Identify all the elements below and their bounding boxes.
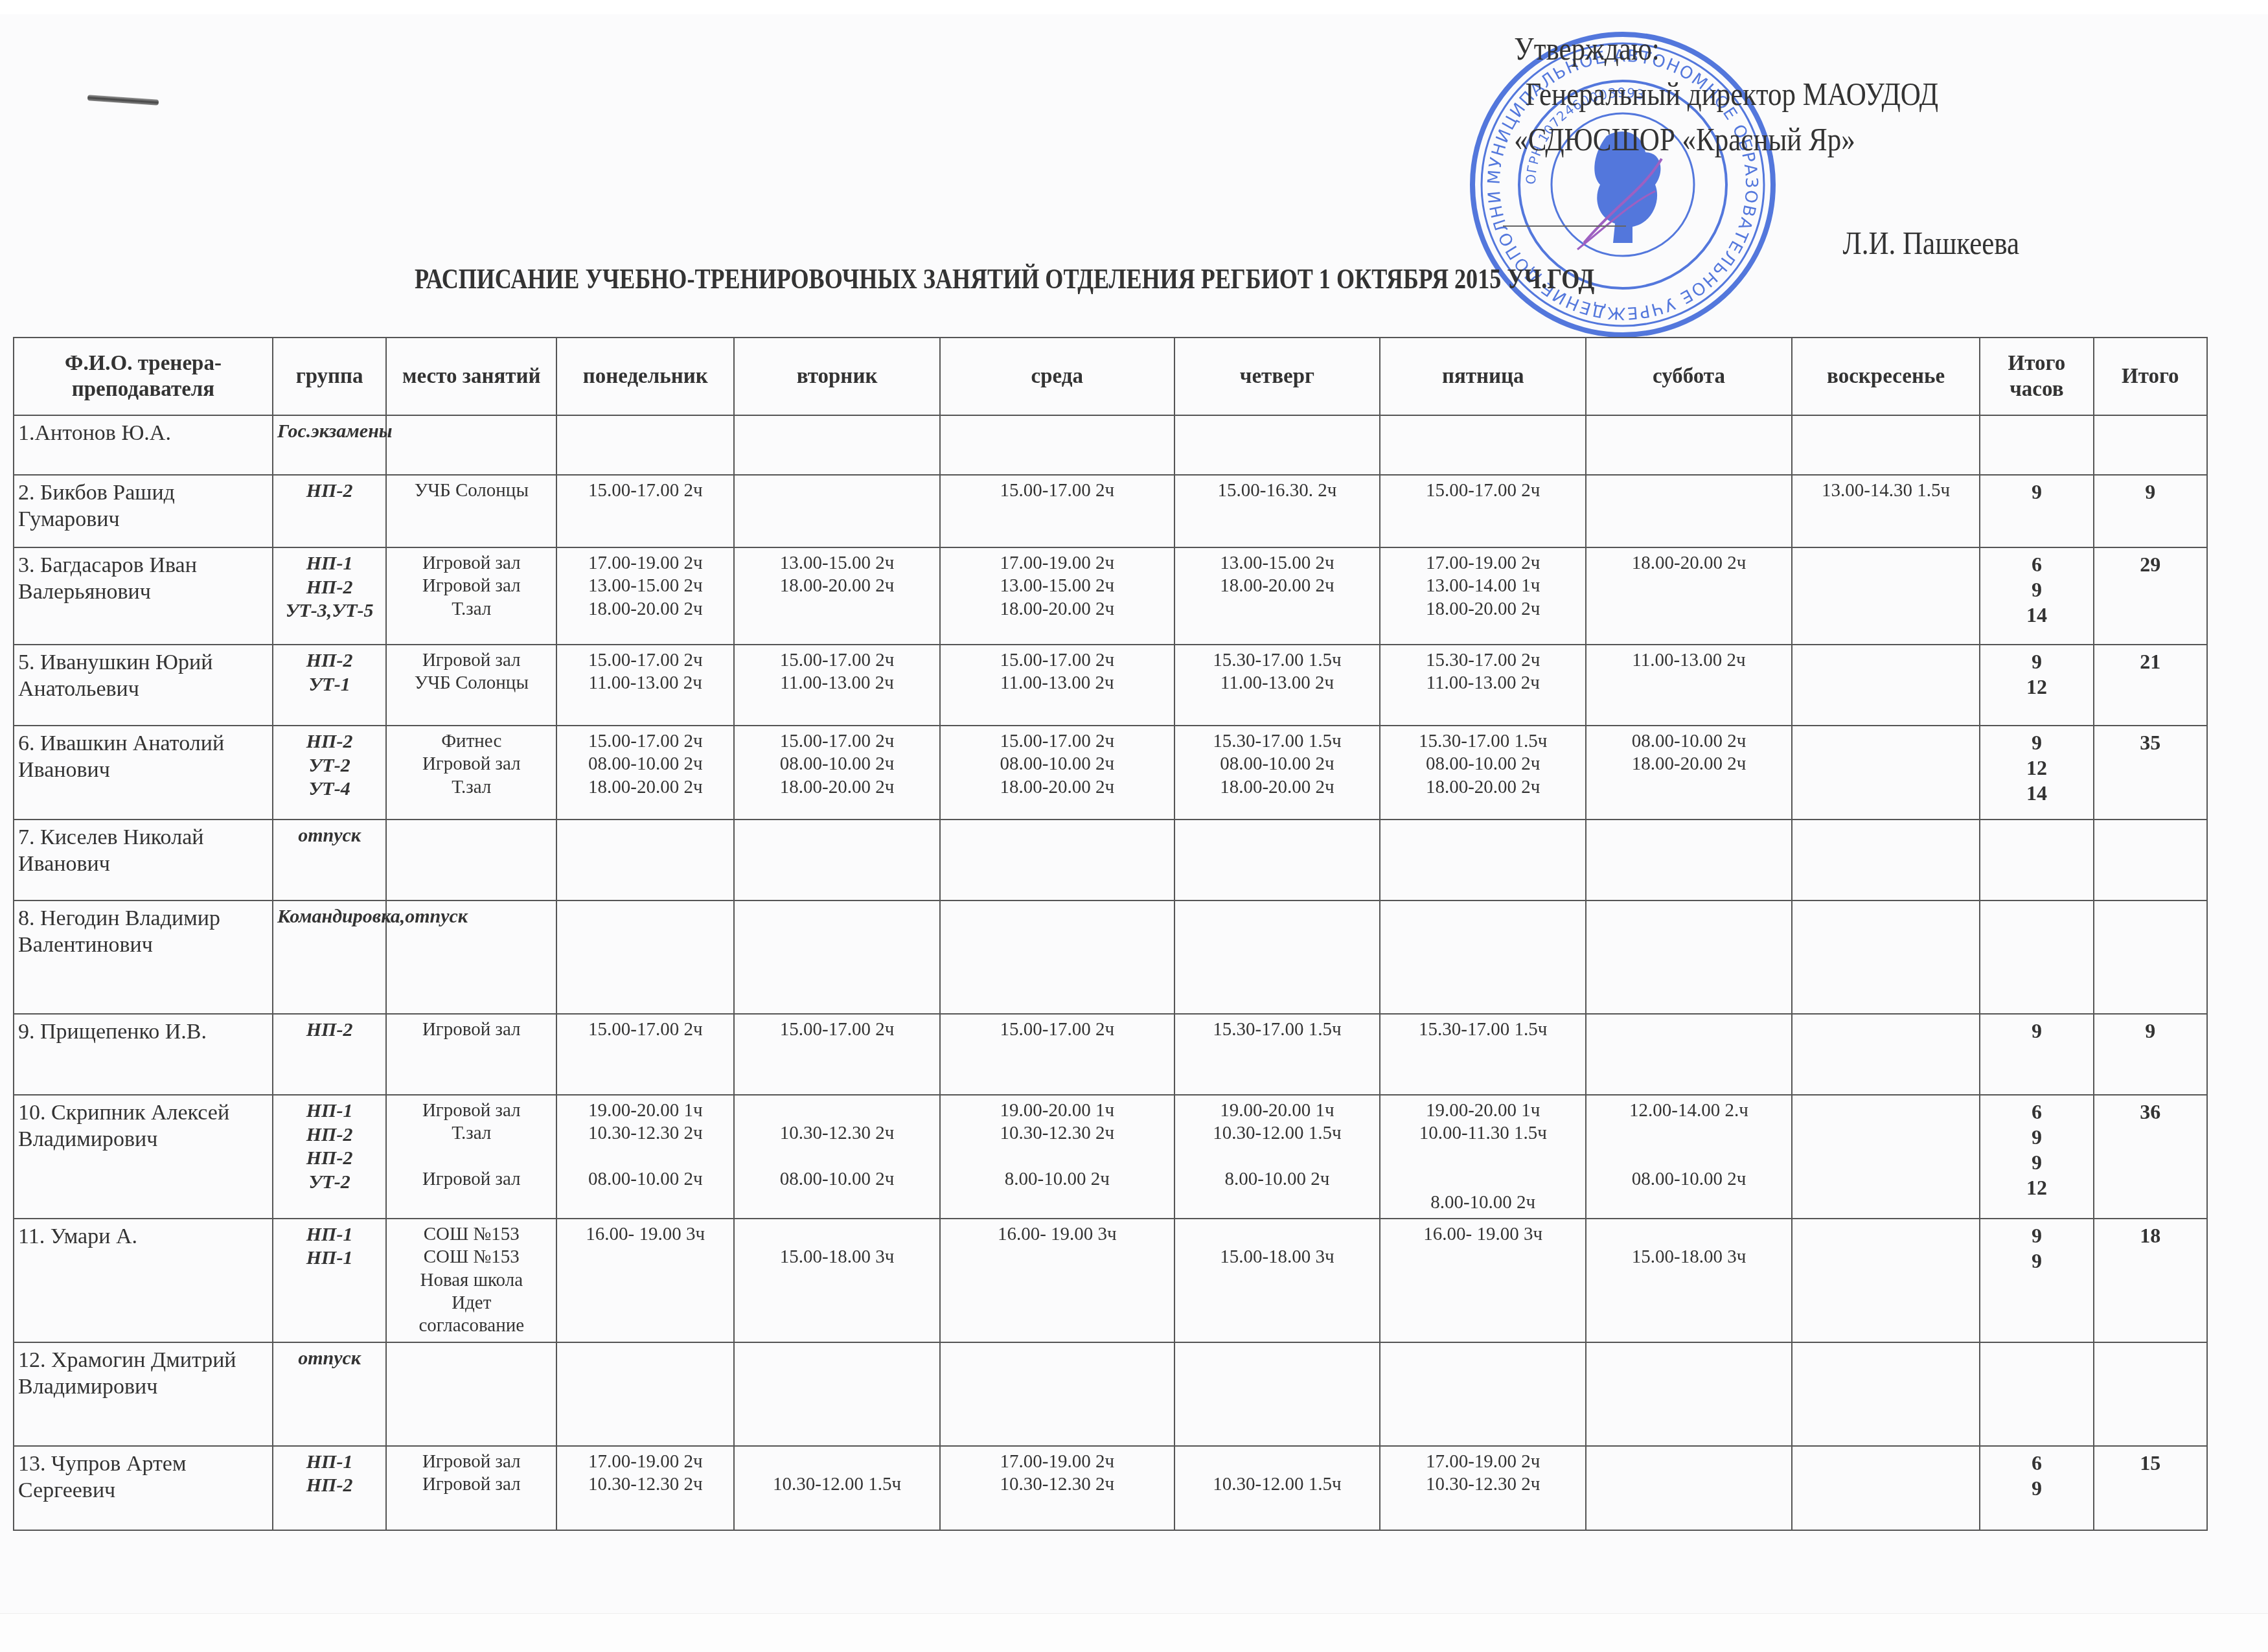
schedule-cell-sunday bbox=[1792, 820, 1980, 901]
schedule-cell-thursday: 15.30-17.00 1.5ч11.00-13.00 2ч bbox=[1174, 645, 1380, 726]
cell-line: 15.30-17.00 2ч bbox=[1384, 649, 1581, 672]
cell-line bbox=[739, 1099, 935, 1122]
cell-line: 15.00-17.00 2ч bbox=[561, 730, 729, 753]
cell-line bbox=[1590, 1122, 1787, 1145]
schedule-cell-wednesday: 17.00-19.00 2ч13.00-15.00 2ч18.00-20.00 … bbox=[940, 547, 1174, 645]
cell-line: 17.00-19.00 2ч bbox=[1384, 552, 1581, 575]
cell-line: 18.00-20.00 2ч bbox=[1179, 575, 1376, 597]
table-row: 1.Антонов Ю.А.Гос.экзамены bbox=[14, 415, 2207, 475]
cell-line: Т.зал bbox=[391, 1122, 552, 1145]
schedule-cell-tuesday: 15.00-17.00 2ч11.00-13.00 2ч bbox=[734, 645, 940, 726]
hours-cell bbox=[1980, 415, 2093, 475]
cell-line: 11.00-13.00 2ч bbox=[739, 672, 935, 694]
cell-line: 13.00-15.00 2ч bbox=[945, 575, 1170, 597]
group-cell: Командировка,отпуск bbox=[273, 901, 386, 1014]
schedule-cell-saturday bbox=[1586, 475, 1792, 547]
schedule-cell-thursday: 19.00-20.00 1ч10.30-12.00 1.5ч 8.00-10.0… bbox=[1174, 1095, 1380, 1219]
cell-line: 9 bbox=[1984, 1476, 2089, 1501]
group-cell: НП-2 bbox=[273, 1014, 386, 1095]
trainer-name: 12. Храмогин Дмитрий Владимирович bbox=[14, 1342, 273, 1446]
cell-line: 13.00-15.00 2ч bbox=[739, 552, 935, 575]
schedule-cell-tuesday bbox=[734, 475, 940, 547]
place-cell: СОШ №153СОШ №153Новая школаИдетсогласова… bbox=[386, 1219, 556, 1342]
approval-organization: «СДЮСШОР «Красный Яр» bbox=[1503, 117, 2116, 162]
cell-line: Идет bbox=[391, 1292, 552, 1314]
schedule-cell-friday: 16.00- 19.00 3ч bbox=[1380, 1219, 1586, 1342]
hours-cell bbox=[1980, 901, 2093, 1014]
place-cell: Игровой залИгровой залТ.зал bbox=[386, 547, 556, 645]
cell-line: 8.00-10.00 2ч bbox=[945, 1168, 1170, 1191]
cell-line: 15.00-17.00 2ч bbox=[945, 649, 1170, 672]
cell-line: СОШ №153 bbox=[391, 1246, 552, 1268]
schedule-cell-wednesday: 15.00-17.00 2ч bbox=[940, 475, 1174, 547]
schedule-cell-tuesday: 15.00-17.00 2ч08.00-10.00 2ч18.00-20.00 … bbox=[734, 726, 940, 820]
approval-position: Генеральный директор МАОУДОД bbox=[1503, 71, 2116, 117]
cell-line bbox=[739, 1223, 935, 1246]
header-group: группа bbox=[273, 338, 386, 415]
hours-cell: 99 bbox=[1980, 1219, 2093, 1342]
schedule-cell-saturday: 08.00-10.00 2ч18.00-20.00 2ч bbox=[1586, 726, 1792, 820]
cell-line: 19.00-20.00 1ч bbox=[561, 1099, 729, 1122]
schedule-cell-thursday bbox=[1174, 820, 1380, 901]
cell-line: 10.00-11.30 1.5ч bbox=[1384, 1122, 1581, 1145]
schedule-cell-tuesday: 15.00-18.00 3ч bbox=[734, 1219, 940, 1342]
approval-block: Утверждаю: Генеральный директор МАОУДОД … bbox=[1503, 26, 2116, 266]
cell-line: НП-2 bbox=[277, 1474, 382, 1498]
group-cell: НП-2 bbox=[273, 475, 386, 547]
schedule-cell-thursday: 13.00-15.00 2ч18.00-20.00 2ч bbox=[1174, 547, 1380, 645]
cell-line: 10.30-12.00 1.5ч bbox=[739, 1473, 935, 1496]
place-cell bbox=[386, 820, 556, 901]
cell-line: 17.00-19.00 2ч bbox=[561, 552, 729, 575]
cell-line: 18.00-20.00 2ч bbox=[561, 776, 729, 799]
cell-line: 19.00-20.00 1ч bbox=[1384, 1099, 1581, 1122]
place-cell bbox=[386, 1342, 556, 1446]
schedule-cell-thursday: 15.00-18.00 3ч bbox=[1174, 1219, 1380, 1342]
hours-cell: 912 bbox=[1980, 645, 2093, 726]
cell-line: 08.00-10.00 2ч bbox=[561, 753, 729, 775]
table-row: 10. Скрипник Алексей ВладимировичНП-1НП-… bbox=[14, 1095, 2207, 1219]
hours-cell: 91214 bbox=[1980, 726, 2093, 820]
trainer-name: 11. Умари А. bbox=[14, 1219, 273, 1342]
schedule-cell-saturday bbox=[1586, 415, 1792, 475]
schedule-cell-friday bbox=[1380, 820, 1586, 901]
cell-line: Фитнес bbox=[391, 730, 552, 753]
trainer-name: 2. Бикбов Рашид Гумарович bbox=[14, 475, 273, 547]
cell-line: Гос.экзамены bbox=[277, 420, 382, 444]
schedule-cell-friday bbox=[1380, 1342, 1586, 1446]
schedule-cell-saturday bbox=[1586, 820, 1792, 901]
schedule-cell-wednesday: 16.00- 19.00 3ч bbox=[940, 1219, 1174, 1342]
place-cell: Игровой залИгровой зал bbox=[386, 1446, 556, 1530]
cell-line: 13.00-14.00 1ч bbox=[1384, 575, 1581, 597]
cell-line: 19.00-20.00 1ч bbox=[1179, 1099, 1376, 1122]
schedule-cell-sunday: 13.00-14.30 1.5ч bbox=[1792, 475, 1980, 547]
trainer-name: 7. Киселев Николай Иванович bbox=[14, 820, 273, 901]
schedule-cell-saturday bbox=[1586, 901, 1792, 1014]
cell-line: 15.00-17.00 2ч bbox=[945, 479, 1170, 502]
group-cell: НП-1НП-1 bbox=[273, 1219, 386, 1342]
cell-line: 18.00-20.00 2ч bbox=[1384, 776, 1581, 799]
cell-line: 6 bbox=[1984, 552, 2089, 577]
schedule-cell-friday: 15.00-17.00 2ч bbox=[1380, 475, 1586, 547]
table-row: 6. Ивашкин Анатолий ИвановичНП-2УТ-2УТ-4… bbox=[14, 726, 2207, 820]
cell-line: НП-1 bbox=[277, 1223, 382, 1247]
cell-line bbox=[1590, 1145, 1787, 1168]
scan-bottom-edge bbox=[0, 1613, 2268, 1652]
cell-line: 15.00-17.00 2ч bbox=[739, 1018, 935, 1041]
hours-cell: 6914 bbox=[1980, 547, 2093, 645]
cell-line: Т.зал bbox=[391, 598, 552, 621]
schedule-cell-tuesday: 13.00-15.00 2ч18.00-20.00 2ч bbox=[734, 547, 940, 645]
schedule-cell-saturday bbox=[1586, 1342, 1792, 1446]
group-cell: НП-1НП-2 bbox=[273, 1446, 386, 1530]
header-tuesday: вторник bbox=[734, 338, 940, 415]
cell-line: 08.00-10.00 2ч bbox=[739, 1168, 935, 1191]
schedule-cell-thursday: 15.00-16.30. 2ч bbox=[1174, 475, 1380, 547]
header-trainer: Ф.И.О. тренера-преподавателя bbox=[14, 338, 273, 415]
total-cell: 35 bbox=[2094, 726, 2207, 820]
cell-line: 11.00-13.00 2ч bbox=[1590, 649, 1787, 672]
cell-line: Игровой зал bbox=[391, 552, 552, 575]
cell-line: Игровой зал bbox=[391, 1018, 552, 1041]
schedule-cell-monday: 15.00-17.00 2ч bbox=[556, 1014, 734, 1095]
schedule-cell-wednesday: 15.00-17.00 2ч bbox=[940, 1014, 1174, 1095]
cell-line: 15.00-17.00 2ч bbox=[561, 479, 729, 502]
cell-line bbox=[945, 1145, 1170, 1168]
cell-line bbox=[739, 1451, 935, 1473]
total-cell bbox=[2094, 1342, 2207, 1446]
total-cell bbox=[2094, 820, 2207, 901]
cell-line: 17.00-19.00 2ч bbox=[1384, 1451, 1581, 1473]
schedule-cell-monday: 15.00-17.00 2ч bbox=[556, 475, 734, 547]
total-cell: 9 bbox=[2094, 475, 2207, 547]
total-cell bbox=[2094, 415, 2207, 475]
cell-line: 9 bbox=[1984, 1223, 2089, 1248]
trainer-name: 6. Ивашкин Анатолий Иванович bbox=[14, 726, 273, 820]
cell-line: 18.00-20.00 2ч bbox=[945, 598, 1170, 621]
cell-line: 17.00-19.00 2ч bbox=[945, 1451, 1170, 1473]
schedule-cell-sunday bbox=[1792, 726, 1980, 820]
cell-line: 9 bbox=[1984, 479, 2089, 505]
approval-signer: Л.И. Пашкеева bbox=[1503, 220, 2116, 266]
cell-line: 15.30-17.00 1.5ч bbox=[1384, 730, 1581, 753]
schedule-cell-wednesday bbox=[940, 820, 1174, 901]
cell-line: Игровой зал bbox=[391, 753, 552, 775]
cell-line: 10.30-12.00 1.5ч bbox=[1179, 1122, 1376, 1145]
cell-line bbox=[1179, 1451, 1376, 1473]
hours-cell: 9 bbox=[1980, 475, 2093, 547]
cell-line: 08.00-10.00 2ч bbox=[1179, 753, 1376, 775]
approval-heading: Утверждаю: bbox=[1503, 26, 2116, 71]
table-row: 2. Бикбов Рашид ГумаровичНП-2УЧБ Солонцы… bbox=[14, 475, 2207, 547]
cell-line bbox=[1384, 1168, 1581, 1191]
trainer-name: 5. Иванушкин Юрий Анатольевич bbox=[14, 645, 273, 726]
cell-line: отпуск bbox=[277, 1347, 382, 1371]
cell-line: НП-1 bbox=[277, 1099, 382, 1123]
cell-line: 15.00-17.00 2ч bbox=[561, 1018, 729, 1041]
hours-cell: 69 bbox=[1980, 1446, 2093, 1530]
cell-line: 10.30-12.30 2ч bbox=[1384, 1473, 1581, 1496]
schedule-cell-monday: 17.00-19.00 2ч10.30-12.30 2ч bbox=[556, 1446, 734, 1530]
cell-line bbox=[561, 1145, 729, 1168]
cell-line: 12 bbox=[1984, 674, 2089, 700]
schedule-cell-sunday bbox=[1792, 415, 1980, 475]
header-sunday: воскресенье bbox=[1792, 338, 1980, 415]
cell-line: 18.00-20.00 2ч bbox=[1590, 753, 1787, 775]
cell-line: 10.30-12.30 2ч bbox=[739, 1122, 935, 1145]
cell-line: 16.00- 19.00 3ч bbox=[945, 1223, 1170, 1246]
cell-line: 15.30-17.00 1.5ч bbox=[1179, 730, 1376, 753]
schedule-cell-monday: 19.00-20.00 1ч10.30-12.30 2ч 08.00-10.00… bbox=[556, 1095, 734, 1219]
cell-line: 13.00-15.00 2ч bbox=[561, 575, 729, 597]
cell-line: НП-1 bbox=[277, 1451, 382, 1474]
schedule-cell-tuesday: 15.00-17.00 2ч bbox=[734, 1014, 940, 1095]
cell-line: 08.00-10.00 2ч bbox=[1590, 730, 1787, 753]
cell-line: 14 bbox=[1984, 602, 2089, 628]
cell-line: 10.30-12.30 2ч bbox=[945, 1122, 1170, 1145]
cell-line: НП-2 bbox=[277, 1123, 382, 1147]
place-cell: Игровой залТ.зал Игровой зал bbox=[386, 1095, 556, 1219]
total-cell bbox=[2094, 901, 2207, 1014]
cell-line: 12.00-14.00 2.ч bbox=[1590, 1099, 1787, 1122]
cell-line: 10.30-12.30 2ч bbox=[561, 1473, 729, 1496]
group-cell: Гос.экзамены bbox=[273, 415, 386, 475]
cell-line: 10.30-12.00 1.5ч bbox=[1179, 1473, 1376, 1496]
group-cell: НП-1НП-2УТ-3,УТ-5 bbox=[273, 547, 386, 645]
schedule-cell-wednesday: 17.00-19.00 2ч10.30-12.30 2ч bbox=[940, 1446, 1174, 1530]
cell-line: УТ-3,УТ-5 bbox=[277, 599, 382, 623]
trainer-name: 8. Негодин Владимир Валентинович bbox=[14, 901, 273, 1014]
cell-line: 18.00-20.00 2ч bbox=[945, 776, 1170, 799]
cell-line: УТ-1 bbox=[277, 673, 382, 697]
schedule-cell-monday: 15.00-17.00 2ч11.00-13.00 2ч bbox=[556, 645, 734, 726]
cell-line: 6 bbox=[1984, 1451, 2089, 1476]
schedule-cell-sunday bbox=[1792, 1014, 1980, 1095]
schedule-cell-monday bbox=[556, 901, 734, 1014]
table-row: 9. Прищепенко И.В.НП-2Игровой зал15.00-1… bbox=[14, 1014, 2207, 1095]
cell-line: 8.00-10.00 2ч bbox=[1384, 1191, 1581, 1214]
schedule-cell-friday: 15.30-17.00 2ч11.00-13.00 2ч bbox=[1380, 645, 1586, 726]
hours-cell: 69912 bbox=[1980, 1095, 2093, 1219]
cell-line bbox=[1384, 1145, 1581, 1168]
schedule-cell-thursday: 10.30-12.00 1.5ч bbox=[1174, 1446, 1380, 1530]
trainer-name: 10. Скрипник Алексей Владимирович bbox=[14, 1095, 273, 1219]
cell-line: 18.00-20.00 2ч bbox=[739, 776, 935, 799]
staple-mark bbox=[87, 95, 159, 106]
cell-line: 10.30-12.30 2ч bbox=[561, 1122, 729, 1145]
cell-line: Новая школа bbox=[391, 1269, 552, 1292]
total-cell: 29 bbox=[2094, 547, 2207, 645]
cell-line: НП-2 bbox=[277, 479, 382, 503]
cell-line: 6 bbox=[1984, 1099, 2089, 1125]
cell-line: 15.00-17.00 2ч bbox=[945, 1018, 1170, 1041]
trainer-name: 13. Чупров Артем Сергеевич bbox=[14, 1446, 273, 1530]
cell-line bbox=[1179, 1223, 1376, 1246]
document-title: РАСПИСАНИЕ УЧЕБНО-ТРЕНИРОВОЧНЫХ ЗАНЯТИЙ … bbox=[415, 262, 1594, 295]
cell-line: 15.00-17.00 2ч bbox=[945, 730, 1170, 753]
group-cell: НП-1НП-2НП-2УТ-2 bbox=[273, 1095, 386, 1219]
header-monday: понедельник bbox=[556, 338, 734, 415]
schedule-cell-wednesday bbox=[940, 415, 1174, 475]
group-cell: НП-2УТ-2УТ-4 bbox=[273, 726, 386, 820]
place-cell: Игровой залУЧБ Солонцы bbox=[386, 645, 556, 726]
cell-line: Игровой зал bbox=[391, 575, 552, 597]
schedule-cell-saturday: 11.00-13.00 2ч bbox=[1586, 645, 1792, 726]
cell-line: НП-2 bbox=[277, 649, 382, 673]
schedule-cell-thursday: 15.30-17.00 1.5ч bbox=[1174, 1014, 1380, 1095]
cell-line: НП-2 bbox=[277, 1147, 382, 1171]
cell-line: 18.00-20.00 2ч bbox=[1179, 776, 1376, 799]
cell-line: 11.00-13.00 2ч bbox=[1384, 672, 1581, 694]
table-row: 3. Багдасаров Иван ВалерьяновичНП-1НП-2У… bbox=[14, 547, 2207, 645]
header-hours-total: Итого часов bbox=[1980, 338, 2093, 415]
schedule-cell-sunday bbox=[1792, 547, 1980, 645]
cell-line: 15.00-18.00 3ч bbox=[1179, 1246, 1376, 1268]
schedule-cell-saturday: 18.00-20.00 2ч bbox=[1586, 547, 1792, 645]
cell-line: УТ-4 bbox=[277, 777, 382, 801]
cell-line: Игровой зал bbox=[391, 1473, 552, 1496]
place-cell bbox=[386, 415, 556, 475]
cell-line: Командировка,отпуск bbox=[277, 905, 382, 929]
schedule-cell-friday bbox=[1380, 901, 1586, 1014]
schedule-cell-wednesday: 15.00-17.00 2ч08.00-10.00 2ч18.00-20.00 … bbox=[940, 726, 1174, 820]
schedule-cell-wednesday: 19.00-20.00 1ч10.30-12.30 2ч 8.00-10.00 … bbox=[940, 1095, 1174, 1219]
schedule-cell-thursday: 15.30-17.00 1.5ч08.00-10.00 2ч18.00-20.0… bbox=[1174, 726, 1380, 820]
table-row: 13. Чупров Артем СергеевичНП-1НП-2Игрово… bbox=[14, 1446, 2207, 1530]
scan-edge bbox=[0, 0, 2268, 14]
schedule-cell-thursday bbox=[1174, 1342, 1380, 1446]
cell-line: 18.00-20.00 2ч bbox=[561, 598, 729, 621]
total-cell: 15 bbox=[2094, 1446, 2207, 1530]
cell-line: НП-2 bbox=[277, 576, 382, 600]
schedule-cell-friday: 19.00-20.00 1ч10.00-11.30 1.5ч 8.00-10.0… bbox=[1380, 1095, 1586, 1219]
cell-line: 15.00-17.00 2ч bbox=[1384, 479, 1581, 502]
cell-line: 18.00-20.00 2ч bbox=[1384, 598, 1581, 621]
group-cell: отпуск bbox=[273, 820, 386, 901]
cell-line bbox=[1590, 1223, 1787, 1246]
cell-line: 9 bbox=[1984, 1125, 2089, 1150]
schedule-cell-friday bbox=[1380, 415, 1586, 475]
cell-line: Игровой зал bbox=[391, 1099, 552, 1122]
schedule-cell-tuesday: 10.30-12.30 2ч 08.00-10.00 2ч bbox=[734, 1095, 940, 1219]
schedule-cell-friday: 17.00-19.00 2ч10.30-12.30 2ч bbox=[1380, 1446, 1586, 1530]
cell-line: 08.00-10.00 2ч bbox=[945, 753, 1170, 775]
cell-line: 17.00-19.00 2ч bbox=[561, 1451, 729, 1473]
trainer-name: 9. Прищепенко И.В. bbox=[14, 1014, 273, 1095]
cell-line: 08.00-10.00 2ч bbox=[561, 1168, 729, 1191]
cell-line: УЧБ Солонцы bbox=[391, 672, 552, 694]
cell-line: Игровой зал bbox=[391, 1451, 552, 1473]
cell-line: 13.00-14.30 1.5ч bbox=[1796, 479, 1975, 502]
cell-line: 17.00-19.00 2ч bbox=[945, 552, 1170, 575]
cell-line bbox=[739, 1145, 935, 1168]
cell-line: 19.00-20.00 1ч bbox=[945, 1099, 1170, 1122]
cell-line: 18.00-20.00 2ч bbox=[739, 575, 935, 597]
schedule-cell-saturday: 15.00-18.00 3ч bbox=[1586, 1219, 1792, 1342]
schedule-table: Ф.И.О. тренера-преподавателя группа мест… bbox=[13, 337, 2208, 1531]
cell-line: УЧБ Солонцы bbox=[391, 479, 552, 502]
cell-line: 12 bbox=[1984, 1175, 2089, 1200]
total-cell: 9 bbox=[2094, 1014, 2207, 1095]
schedule-cell-saturday: 12.00-14.00 2.ч 08.00-10.00 2ч bbox=[1586, 1095, 1792, 1219]
schedule-cell-sunday bbox=[1792, 1219, 1980, 1342]
schedule-cell-monday bbox=[556, 820, 734, 901]
hours-cell bbox=[1980, 820, 2093, 901]
schedule-cell-monday: 15.00-17.00 2ч08.00-10.00 2ч18.00-20.00 … bbox=[556, 726, 734, 820]
schedule-cell-tuesday bbox=[734, 415, 940, 475]
cell-line: Игровой зал bbox=[391, 649, 552, 672]
group-cell: НП-2УТ-1 bbox=[273, 645, 386, 726]
cell-line: 11.00-13.00 2ч bbox=[1179, 672, 1376, 694]
table-row: 11. Умари А.НП-1НП-1СОШ №153СОШ №153Нова… bbox=[14, 1219, 2207, 1342]
cell-line: 9 bbox=[1984, 649, 2089, 674]
schedule-cell-sunday bbox=[1792, 1095, 1980, 1219]
header-thursday: четверг bbox=[1174, 338, 1380, 415]
cell-line: УТ-2 bbox=[277, 1171, 382, 1195]
cell-line: 15.30-17.00 1.5ч bbox=[1179, 649, 1376, 672]
cell-line: 15.00-16.30. 2ч bbox=[1179, 479, 1376, 502]
schedule-cell-thursday bbox=[1174, 901, 1380, 1014]
cell-line: СОШ №153 bbox=[391, 1223, 552, 1246]
cell-line: 13.00-15.00 2ч bbox=[1179, 552, 1376, 575]
schedule-cell-thursday bbox=[1174, 415, 1380, 475]
schedule-cell-monday: 16.00- 19.00 3ч bbox=[556, 1219, 734, 1342]
table-row: 7. Киселев Николай Ивановичотпуск bbox=[14, 820, 2207, 901]
cell-line: 9 bbox=[1984, 1248, 2089, 1274]
cell-line: НП-1 bbox=[277, 1246, 382, 1270]
cell-line: 11.00-13.00 2ч bbox=[945, 672, 1170, 694]
cell-line: 08.00-10.00 2ч bbox=[1590, 1168, 1787, 1191]
cell-line bbox=[1179, 1145, 1376, 1168]
cell-line: УТ-2 bbox=[277, 754, 382, 778]
cell-line: 15.30-17.00 1.5ч bbox=[1384, 1018, 1581, 1041]
header-friday: пятница bbox=[1380, 338, 1586, 415]
total-cell: 36 bbox=[2094, 1095, 2207, 1219]
total-cell: 18 bbox=[2094, 1219, 2207, 1342]
schedule-cell-monday: 17.00-19.00 2ч13.00-15.00 2ч18.00-20.00 … bbox=[556, 547, 734, 645]
cell-line: отпуск bbox=[277, 824, 382, 848]
schedule-cell-monday bbox=[556, 1342, 734, 1446]
cell-line: 15.00-18.00 3ч bbox=[1590, 1246, 1787, 1268]
header-place: место занятий bbox=[386, 338, 556, 415]
cell-line: НП-1 bbox=[277, 552, 382, 576]
cell-line: 9 bbox=[1984, 577, 2089, 602]
signature-line bbox=[1503, 225, 1626, 227]
schedule-cell-tuesday bbox=[734, 1342, 940, 1446]
trainer-name: 3. Багдасаров Иван Валерьянович bbox=[14, 547, 273, 645]
schedule-cell-wednesday bbox=[940, 901, 1174, 1014]
schedule-cell-sunday bbox=[1792, 1446, 1980, 1530]
cell-line: 15.00-18.00 3ч bbox=[739, 1246, 935, 1268]
schedule-cell-wednesday: 15.00-17.00 2ч11.00-13.00 2ч bbox=[940, 645, 1174, 726]
cell-line: 15.00-17.00 2ч bbox=[561, 649, 729, 672]
schedule-cell-monday bbox=[556, 415, 734, 475]
schedule-cell-wednesday bbox=[940, 1342, 1174, 1446]
cell-line: 16.00- 19.00 3ч bbox=[561, 1223, 729, 1246]
schedule-cell-tuesday bbox=[734, 820, 940, 901]
schedule-cell-saturday bbox=[1586, 1446, 1792, 1530]
hours-cell: 9 bbox=[1980, 1014, 2093, 1095]
cell-line: Игровой зал bbox=[391, 1168, 552, 1191]
cell-line: 9 bbox=[1984, 1150, 2089, 1175]
hours-cell bbox=[1980, 1342, 2093, 1446]
cell-line: 9 bbox=[1984, 730, 2089, 755]
cell-line bbox=[391, 1145, 552, 1168]
schedule-cell-tuesday bbox=[734, 901, 940, 1014]
cell-line: Т.зал bbox=[391, 776, 552, 799]
header-wednesday: среда bbox=[940, 338, 1174, 415]
